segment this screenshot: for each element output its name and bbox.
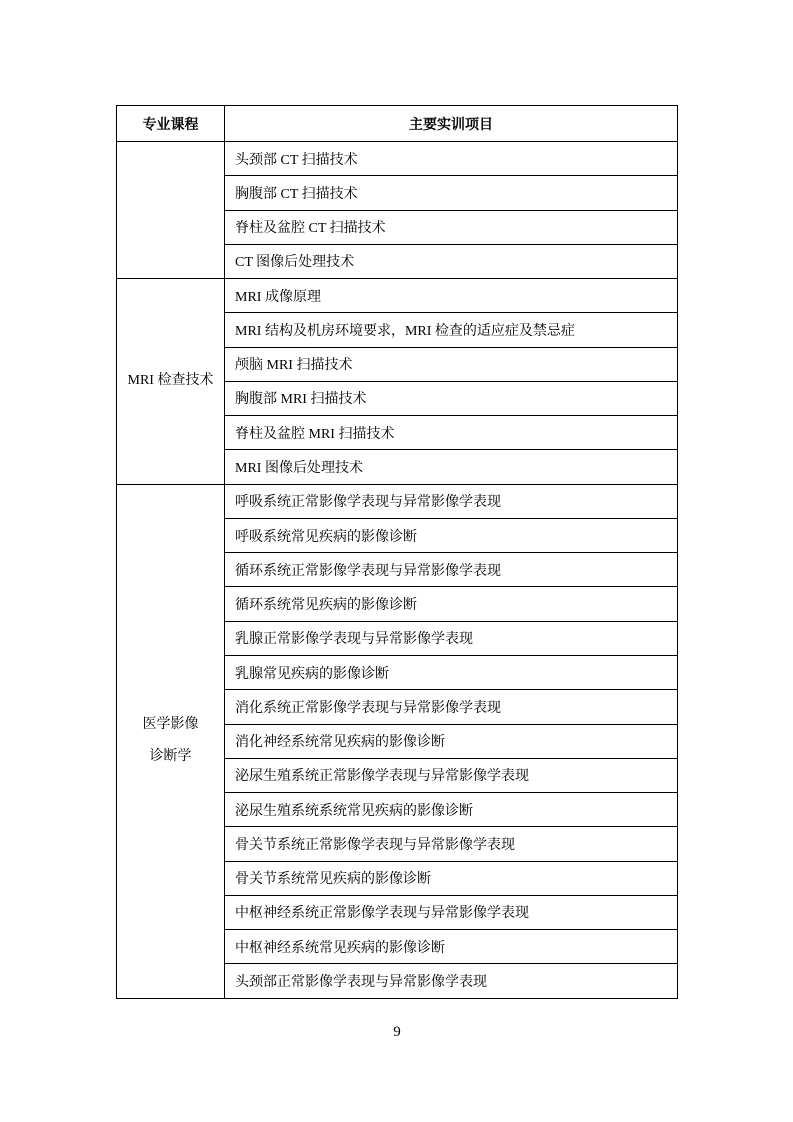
document-page: 专业课程 主要实训项目 头颈部 CT 扫描技术 胸腹部 CT 扫描技术 脊柱及盆… xyxy=(0,0,793,1122)
table-header-row: 专业课程 主要实训项目 xyxy=(117,106,678,142)
table-row: 医学影像 诊断学 呼吸系统正常影像学表现与异常影像学表现 xyxy=(117,484,678,518)
course-label: MRI 检查技术 xyxy=(117,365,224,397)
course-label: 医学影像 xyxy=(117,709,224,741)
project-cell: 呼吸系统常见疾病的影像诊断 xyxy=(225,518,678,552)
course-cell-diagnostics: 医学影像 诊断学 xyxy=(117,484,225,998)
project-cell: MRI 成像原理 xyxy=(225,279,678,313)
project-cell: 循环系统常见疾病的影像诊断 xyxy=(225,587,678,621)
page-number: 9 xyxy=(116,1024,678,1041)
project-cell: 脊柱及盆腔 CT 扫描技术 xyxy=(225,210,678,244)
project-cell: 泌尿生殖系统系统常见疾病的影像诊断 xyxy=(225,793,678,827)
project-cell: 乳腺正常影像学表现与异常影像学表现 xyxy=(225,621,678,655)
project-cell: 头颈部正常影像学表现与异常影像学表现 xyxy=(225,964,678,999)
project-cell: MRI 图像后处理技术 xyxy=(225,450,678,484)
project-cell: CT 图像后处理技术 xyxy=(225,244,678,278)
project-cell: 消化系统正常影像学表现与异常影像学表现 xyxy=(225,690,678,724)
course-cell-ct xyxy=(117,142,225,279)
training-projects-table: 专业课程 主要实训项目 头颈部 CT 扫描技术 胸腹部 CT 扫描技术 脊柱及盆… xyxy=(116,105,678,999)
project-cell: 中枢神经系统正常影像学表现与异常影像学表现 xyxy=(225,895,678,929)
project-column-header: 主要实训项目 xyxy=(225,106,678,142)
project-cell: 乳腺常见疾病的影像诊断 xyxy=(225,655,678,689)
project-cell: 呼吸系统正常影像学表现与异常影像学表现 xyxy=(225,484,678,518)
course-cell-mri: MRI 检查技术 xyxy=(117,279,225,485)
course-label: 诊断学 xyxy=(117,741,224,773)
table-row: MRI 检查技术 MRI 成像原理 xyxy=(117,279,678,313)
project-cell: MRI 结构及机房环境要求，MRI 检查的适应症及禁忌症 xyxy=(225,313,678,347)
project-cell: 头颈部 CT 扫描技术 xyxy=(225,142,678,176)
project-cell: 循环系统正常影像学表现与异常影像学表现 xyxy=(225,553,678,587)
table-row: 头颈部 CT 扫描技术 xyxy=(117,142,678,176)
project-cell: 胸腹部 CT 扫描技术 xyxy=(225,176,678,210)
project-cell: 骨关节系统常见疾病的影像诊断 xyxy=(225,861,678,895)
project-cell: 脊柱及盆腔 MRI 扫描技术 xyxy=(225,416,678,450)
project-cell: 中枢神经系统常见疾病的影像诊断 xyxy=(225,930,678,964)
project-cell: 颅脑 MRI 扫描技术 xyxy=(225,347,678,381)
project-cell: 消化神经系统常见疾病的影像诊断 xyxy=(225,724,678,758)
project-cell: 泌尿生殖系统正常影像学表现与异常影像学表现 xyxy=(225,758,678,792)
project-cell: 骨关节系统正常影像学表现与异常影像学表现 xyxy=(225,827,678,861)
project-cell: 胸腹部 MRI 扫描技术 xyxy=(225,381,678,415)
course-column-header: 专业课程 xyxy=(117,106,225,142)
